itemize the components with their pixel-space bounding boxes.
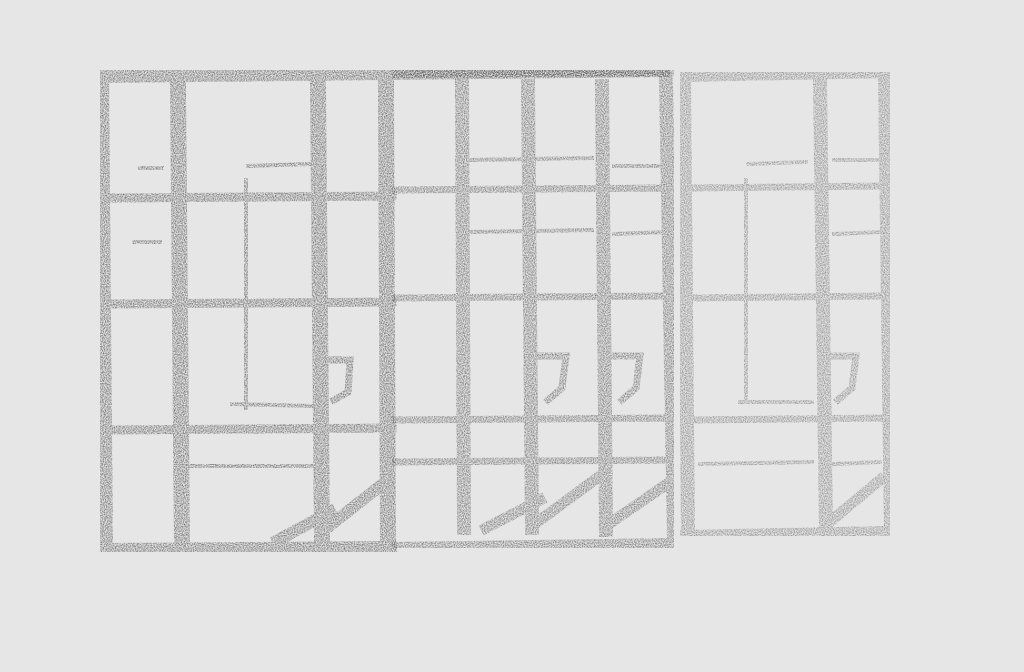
paper-background	[0, 0, 1024, 672]
block-print-artwork	[0, 0, 1024, 672]
